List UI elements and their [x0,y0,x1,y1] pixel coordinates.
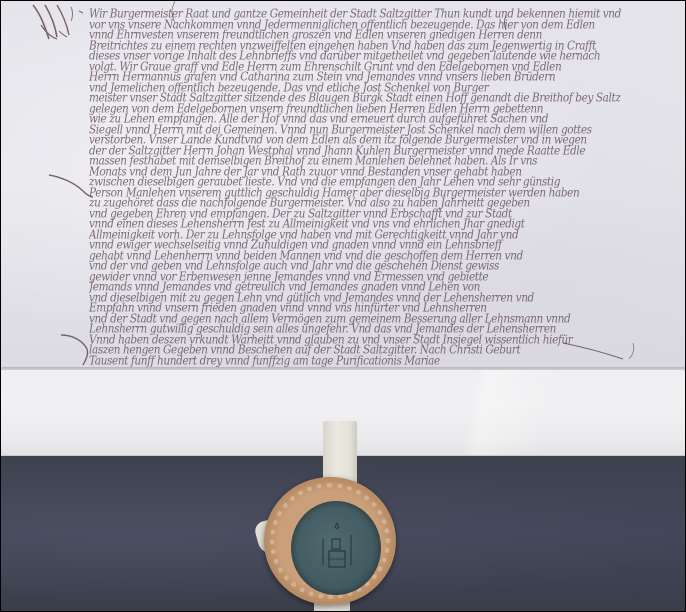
decorative-initial-icon [27,3,97,43]
flourish-icon [47,171,95,201]
parchment-document: Wir Burgermeister Raat und gantze Gemein… [1,1,685,373]
document-image: Wir Burgermeister Raat und gantze Gemein… [1,1,685,611]
handwritten-text: Wir Burgermeister Raat und gantze Gemein… [89,7,671,369]
text-line: Tausent funff hundert drey vnnd funffzig… [89,354,449,368]
tower-emblem-icon [307,521,367,581]
